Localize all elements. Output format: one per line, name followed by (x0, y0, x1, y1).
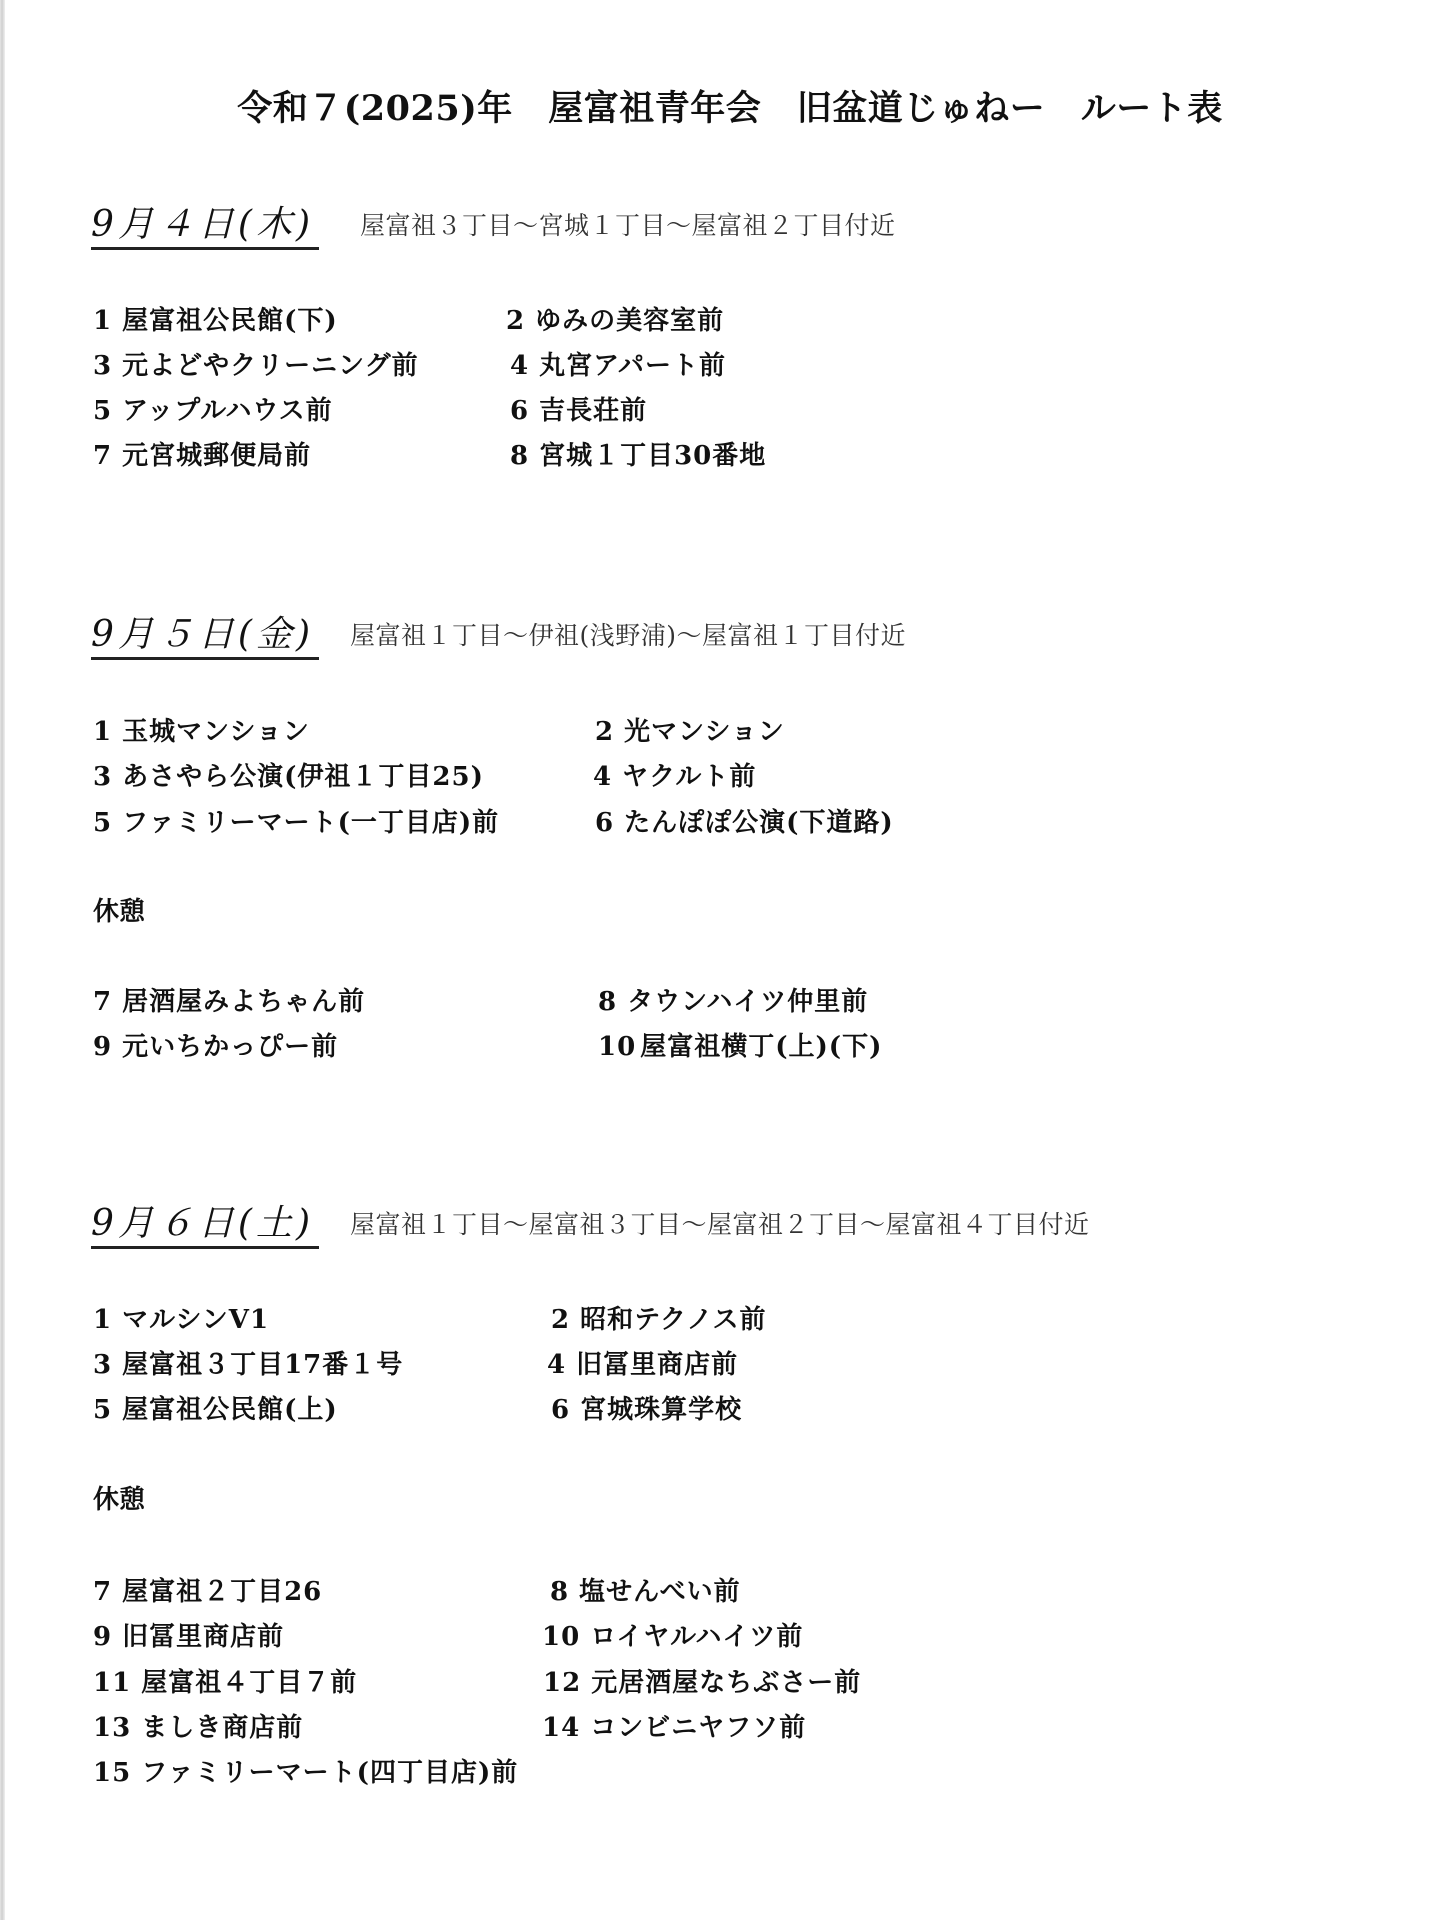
day-route: 屋富祖１丁目〜屋富祖３丁目〜屋富祖２丁目〜屋富祖４丁目付近 (350, 1210, 1090, 1240)
stop-item: 7居酒屋みよちゃん前 (93, 987, 365, 1017)
stop-item: 2昭和テクノス前 (551, 1305, 767, 1335)
stop-number: 2 (551, 1305, 570, 1335)
stop-name: 玉城マンション (122, 717, 310, 747)
stop-number: 14 (542, 1713, 580, 1743)
stop-item: 7元宮城郵便局前 (93, 441, 311, 471)
stop-item: 3元よどやクリーニング前 (93, 351, 419, 381)
stop-name: マルシンV1 (122, 1305, 269, 1335)
stop-item: 1屋富祖公民館(下) (93, 306, 338, 336)
stop-name: 丸宮アパート前 (539, 351, 726, 381)
stop-item: 9旧冨里商店前 (93, 1622, 284, 1652)
stop-item: 9元いちかっぴー前 (93, 1032, 338, 1062)
stop-item: 1玉城マンション (93, 717, 310, 747)
stop-number: 3 (93, 762, 112, 792)
stop-item: 7屋富祖２丁目26 (93, 1577, 322, 1607)
stop-name: 元いちかっぴー前 (122, 1032, 338, 1062)
stop-number: 8 (510, 441, 529, 471)
stop-item: 12元居酒屋なちぶさー前 (543, 1668, 861, 1698)
rest-break-label: 休憩 (93, 1485, 145, 1515)
stop-name: 元よどやクリーニング前 (122, 351, 418, 381)
stop-item: 8タウンハイツ仲里前 (598, 987, 868, 1017)
stop-number: 4 (510, 351, 529, 381)
page-left-edge (0, 0, 5, 1920)
stop-number: 5 (93, 808, 112, 838)
stop-item: 4旧冨里商店前 (547, 1350, 738, 1380)
stop-number: 7 (93, 1577, 112, 1607)
stop-item: 10ロイヤルハイツ前 (542, 1622, 803, 1652)
stop-name: 吉長荘前 (539, 396, 647, 426)
day-date: 9月５日(金) (91, 615, 319, 660)
stop-item: 2光マンション (595, 717, 785, 747)
stop-name: ヤクルト前 (622, 762, 756, 792)
stop-number: 2 (595, 717, 614, 747)
day-route: 屋富祖３丁目〜宮城１丁目〜屋富祖２丁目付近 (360, 211, 896, 241)
stop-number: 7 (93, 987, 112, 1017)
day-date: 9月４日(木) (91, 205, 319, 250)
stop-number: 5 (93, 1395, 112, 1425)
stop-number: 9 (93, 1622, 112, 1652)
stop-name: 屋富祖公民館(上) (122, 1395, 338, 1425)
stop-name: 旧冨里商店前 (122, 1622, 284, 1652)
stop-item: 8塩せんべい前 (550, 1577, 741, 1607)
stop-item: 6たんぽぽ公演(下道路) (595, 808, 894, 838)
stop-name: あさやら公演(伊祖１丁目25) (122, 762, 484, 792)
stop-item: 3あさやら公演(伊祖１丁目25) (93, 762, 484, 792)
stop-number: 6 (551, 1395, 570, 1425)
stop-item: 13ましき商店前 (93, 1713, 303, 1743)
stop-name: 元宮城郵便局前 (122, 441, 311, 471)
stop-name: 光マンション (624, 717, 785, 747)
stop-item: 4丸宮アパート前 (510, 351, 726, 381)
stop-number: 8 (598, 987, 617, 1017)
stop-item: 5屋富祖公民館(上) (93, 1395, 338, 1425)
stop-item: 6吉長荘前 (510, 396, 647, 426)
stop-number: 10 (542, 1622, 580, 1652)
stop-number: 1 (93, 717, 112, 747)
stop-item: 6宮城珠算学校 (551, 1395, 742, 1425)
stop-name: 宮城珠算学校 (580, 1395, 742, 1425)
stop-item: 15ファミリーマート(四丁目店)前 (93, 1758, 518, 1788)
stop-number: 6 (510, 396, 529, 426)
stop-name: 昭和テクノス前 (580, 1305, 766, 1335)
stop-name: 屋富祖横丁(上)(下) (640, 1032, 882, 1062)
stop-name: 居酒屋みよちゃん前 (122, 987, 365, 1017)
stop-number: 15 (93, 1758, 131, 1788)
stop-item: 10屋富祖横丁(上)(下) (598, 1032, 882, 1062)
stop-name: 塩せんべい前 (579, 1577, 740, 1607)
stop-number: 1 (93, 306, 112, 336)
stop-number: 5 (93, 396, 112, 426)
stop-number: 4 (547, 1350, 566, 1380)
stop-name: 旧冨里商店前 (576, 1350, 738, 1380)
stop-number: 6 (595, 808, 614, 838)
stop-name: たんぽぽ公演(下道路) (624, 808, 894, 838)
stop-number: 10 (598, 1032, 636, 1062)
stop-name: ロイヤルハイツ前 (590, 1622, 803, 1652)
stop-name: アップルハウス前 (122, 396, 333, 426)
stop-number: 2 (506, 306, 525, 336)
stop-name: タウンハイツ仲里前 (627, 987, 868, 1017)
stop-number: 8 (550, 1577, 569, 1607)
stop-item: 4ヤクルト前 (593, 762, 756, 792)
stop-name: 屋富祖公民館(下) (122, 306, 338, 336)
stop-name: 元居酒屋なちぶさー前 (591, 1668, 861, 1698)
stop-name: ファミリーマート(四丁目店)前 (141, 1758, 518, 1788)
stop-item: 11屋富祖４丁目７前 (93, 1668, 357, 1698)
stop-number: 1 (93, 1305, 112, 1335)
stop-item: 3屋富祖３丁目17番１号 (93, 1350, 403, 1380)
stop-name: 屋富祖２丁目26 (122, 1577, 322, 1607)
stop-item: 1マルシンV1 (93, 1305, 269, 1335)
stop-number: 7 (93, 441, 112, 471)
stop-name: 宮城１丁目30番地 (539, 441, 766, 471)
rest-break-label: 休憩 (93, 897, 145, 927)
stop-number: 3 (93, 351, 112, 381)
stop-name: ましき商店前 (141, 1713, 303, 1743)
stop-item: 5アップルハウス前 (93, 396, 333, 426)
stop-item: 14コンビニヤフソ前 (542, 1713, 806, 1743)
stop-number: 13 (93, 1713, 131, 1743)
stop-number: 3 (93, 1350, 112, 1380)
stop-name: ファミリーマート(一丁目店)前 (122, 808, 499, 838)
stop-number: 9 (93, 1032, 112, 1062)
stop-name: 屋富祖３丁目17番１号 (122, 1350, 403, 1380)
day-route: 屋富祖１丁目〜伊祖(浅野浦)〜屋富祖１丁目付近 (350, 621, 906, 651)
stop-number: 4 (593, 762, 612, 792)
stop-name: 屋富祖４丁目７前 (141, 1668, 357, 1698)
stop-number: 12 (543, 1668, 581, 1698)
day-date: 9月６日(土) (91, 1204, 319, 1249)
stop-item: 2ゆみの美容室前 (506, 306, 724, 336)
stop-item: 8宮城１丁目30番地 (510, 441, 766, 471)
stop-number: 11 (93, 1668, 131, 1698)
document-title: 令和７(2025)年 屋富祖青年会 旧盆道じゅねー ルート表 (0, 88, 1440, 130)
stop-name: コンビニヤフソ前 (590, 1713, 806, 1743)
stop-item: 5ファミリーマート(一丁目店)前 (93, 808, 499, 838)
stop-name: ゆみの美容室前 (535, 306, 724, 336)
